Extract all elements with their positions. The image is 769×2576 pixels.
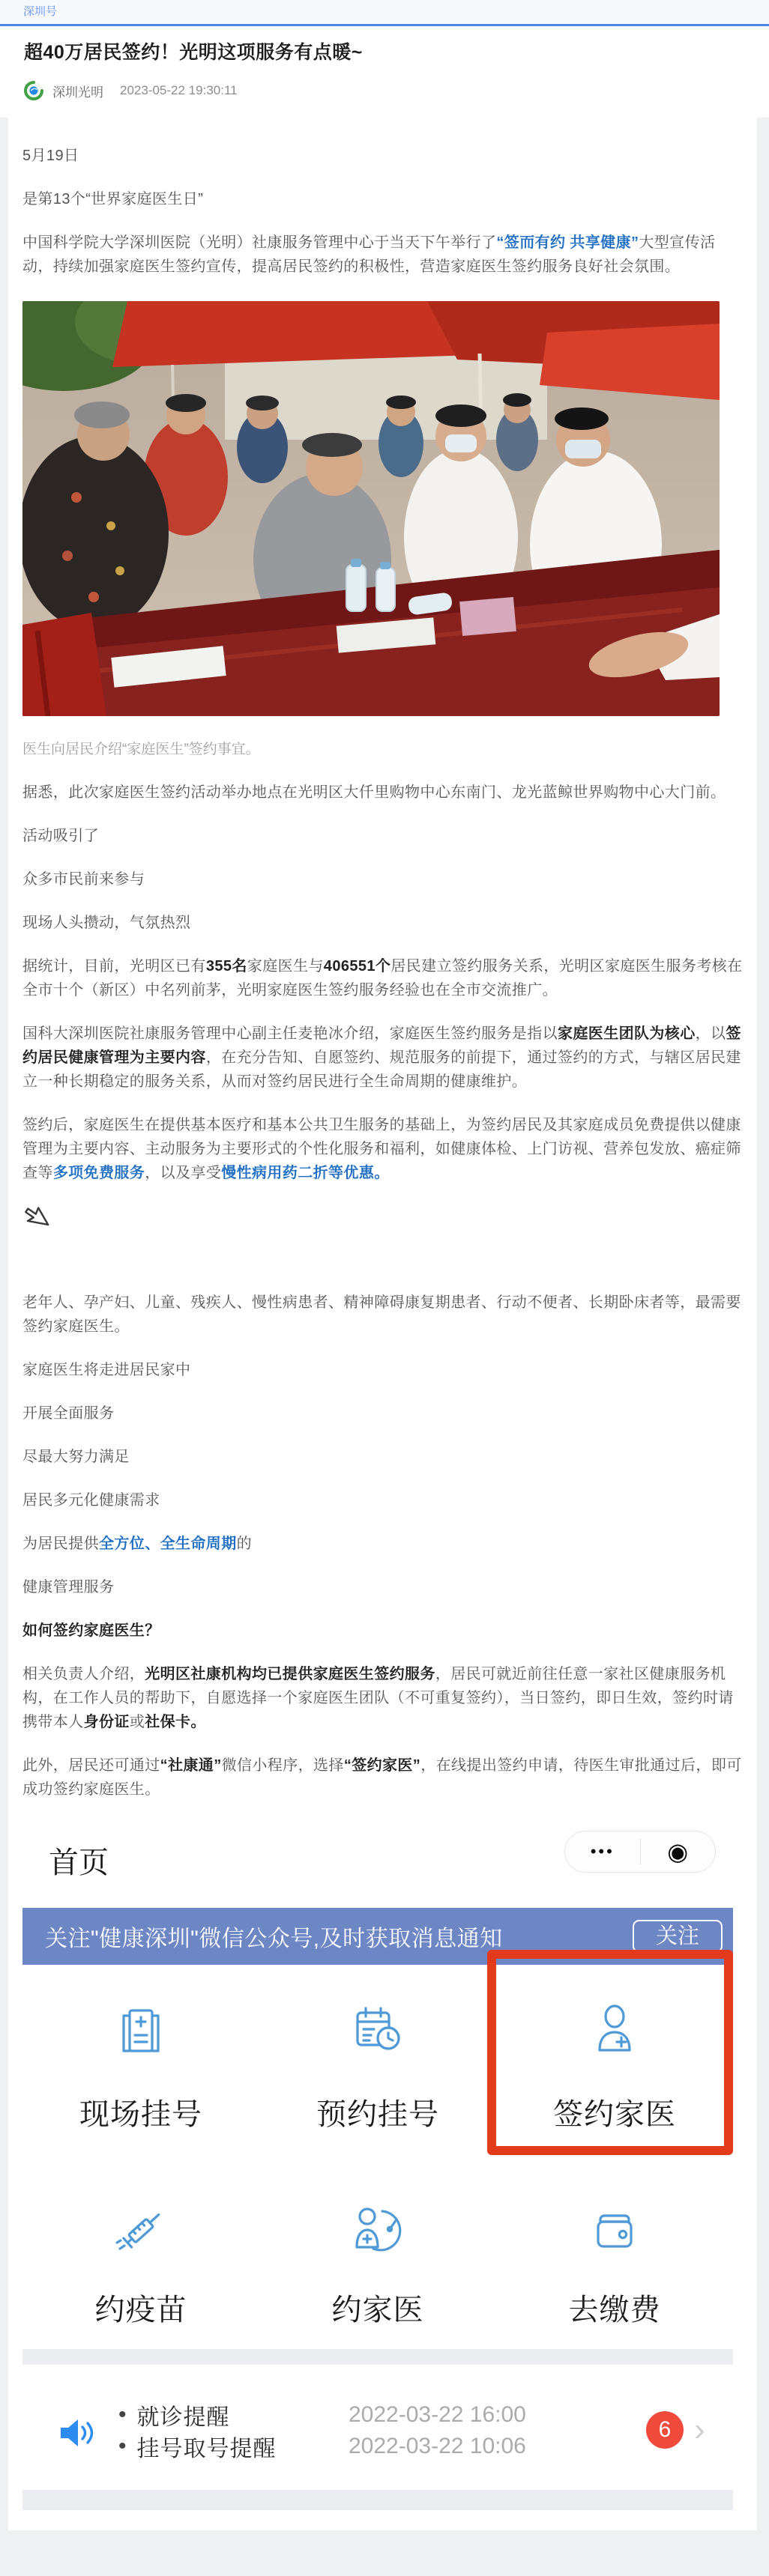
vaccine-icon bbox=[22, 2199, 259, 2268]
section-divider bbox=[22, 2349, 733, 2365]
grid-label: 去缴费 bbox=[496, 2286, 733, 2329]
article-paragraph: 国科大深圳医院社康服务管理中心副主任麦艳冰介绍，家庭医生签约服务是指以家庭医生团… bbox=[22, 1022, 743, 1094]
section-divider bbox=[22, 2490, 733, 2510]
notification-time: 2022-03-22 16:00 bbox=[349, 2399, 526, 2431]
publish-timestamp: 2023-05-22 19:30:11 bbox=[120, 83, 238, 98]
family-doctor-booking-icon bbox=[259, 2199, 496, 2268]
notification-time: 2022-03-22 10:06 bbox=[349, 2431, 526, 2462]
grid-label: 预约挂号 bbox=[259, 2091, 496, 2133]
publisher-name[interactable]: 深圳光明 bbox=[52, 82, 103, 100]
article-photo bbox=[22, 301, 720, 716]
grid-label: 现场挂号 bbox=[22, 2091, 259, 2133]
article-paragraph: 此外，居民还可通过“社康通”微信小程序，选择“签约家医”，在线提出签约申请，待医… bbox=[22, 1754, 743, 1801]
article-body: 5月19日是第13个“世界家庭医生日”中国科学院大学深圳医院（光明）社康服务管理… bbox=[22, 144, 743, 1801]
article-paragraph: 是第13个“世界家庭医生日” bbox=[22, 187, 743, 211]
follow-banner-text: 关注"健康深圳"微信公众号,及时获取消息通知 bbox=[45, 1920, 503, 1953]
article-header: 超40万居民签约！光明这项服务有点暖~ 深圳光明 2023-05-22 19:3… bbox=[0, 26, 769, 118]
article-paragraph: 开展全面服务 bbox=[22, 1401, 743, 1425]
article-paragraph: 尽最大努力满足 bbox=[22, 1445, 743, 1469]
appointment-registration-icon bbox=[259, 2001, 496, 2067]
channel-tab[interactable]: 深圳号 bbox=[23, 5, 57, 18]
highlight-box bbox=[487, 1950, 733, 2155]
notification-label: 就诊提醒 bbox=[137, 2398, 230, 2431]
grid-item-appointment-registration[interactable]: 预约挂号 bbox=[259, 2001, 496, 2133]
chevron-right-icon: › bbox=[694, 2413, 705, 2447]
grid-item-payment[interactable]: 去缴费 bbox=[496, 2199, 733, 2329]
grid-item-vaccine[interactable]: 约疫苗 bbox=[22, 2199, 259, 2329]
article-paragraph: 众多市民前来参与 bbox=[22, 867, 743, 891]
article-paragraph: 健康管理服务 bbox=[22, 1575, 743, 1599]
article-title: 超40万居民签约！光明这项服务有点暖~ bbox=[24, 41, 745, 64]
miniapp-nav-title: 首页 bbox=[49, 1839, 109, 1882]
article-paragraph: 相关负责人介绍，光明区社康机构均已提供家庭医生签约服务，居民可就近前往任意一家社… bbox=[22, 1662, 743, 1734]
notification-row[interactable]: • 就诊提醒 bbox=[118, 2399, 230, 2431]
wechat-capsule[interactable]: ••• ◉ bbox=[564, 1831, 716, 1873]
article-paragraph: 5月19日 bbox=[22, 144, 743, 168]
top-channel-bar: 深圳号 bbox=[0, 0, 769, 26]
article-paragraph: 现场人头攒动，气氛热烈 bbox=[22, 911, 743, 935]
author-row: 深圳光明 2023-05-22 19:30:11 bbox=[24, 81, 745, 100]
grid-label: 约疫苗 bbox=[22, 2286, 259, 2329]
grid-label: 约家医 bbox=[259, 2286, 496, 2329]
article-paragraph: 中国科学院大学深圳医院（光明）社康服务管理中心于当天下午举行了“签而有约 共享健… bbox=[22, 231, 743, 279]
unread-badge: 6 bbox=[646, 2411, 684, 2449]
cursor-arrow-icon bbox=[22, 1204, 743, 1238]
article-paragraph: 为居民提供全方位、全生命周期的 bbox=[22, 1532, 743, 1556]
publisher-logo-icon[interactable] bbox=[24, 81, 43, 100]
article-card: 5月19日是第13个“世界家庭医生日”中国科学院大学深圳医院（光明）社康服务管理… bbox=[8, 118, 757, 2530]
article-paragraph: 活动吸引了 bbox=[22, 824, 743, 848]
article-paragraph: 老年人、孕产妇、儿童、残疾人、慢性病患者、精神障碍康复期患者、行动不便者、长期卧… bbox=[22, 1291, 743, 1339]
photo-caption: 医生向居民介绍“家庭医生”签约事宜。 bbox=[22, 739, 743, 761]
grid-item-family-doctor-booking[interactable]: 约家医 bbox=[259, 2199, 496, 2329]
announcement-speaker-icon bbox=[58, 2416, 95, 2449]
onsite-registration-icon bbox=[22, 2001, 259, 2067]
article-paragraph: 据统计，目前，光明区已有355名家庭医生与406551个居民建立签约服务关系，光… bbox=[22, 954, 743, 1002]
miniapp-screenshot: 首页 ••• ◉ 关注"健康深圳"微信公众号,及时获取消息通知 关注 bbox=[22, 1821, 733, 2530]
grid-item-onsite-registration[interactable]: 现场挂号 bbox=[22, 2001, 259, 2133]
payment-icon bbox=[496, 2199, 733, 2268]
article-paragraph: 如何签约家庭医生？ bbox=[22, 1619, 743, 1643]
article-paragraph: 据悉，此次家庭医生签约活动举办地点在光明区大仟里购物中心东南门、龙光蓝鲸世界购物… bbox=[22, 781, 743, 804]
notification-row[interactable]: • 挂号取号提醒 bbox=[118, 2431, 277, 2462]
page: 深圳号 超40万居民签约！光明这项服务有点暖~ 深圳光明 2023-05-22 … bbox=[0, 0, 769, 2576]
article-paragraph: 签约后，家庭医生在提供基本医疗和基本公共卫生服务的基础上，为签约居民及其家庭成员… bbox=[22, 1113, 743, 1185]
article-paragraph: 居民多元化健康需求 bbox=[22, 1488, 743, 1512]
more-icon[interactable]: ••• bbox=[565, 1842, 640, 1861]
bullet-icon: • bbox=[118, 2402, 127, 2428]
notification-label: 挂号取号提醒 bbox=[137, 2430, 277, 2463]
bullet-icon: • bbox=[118, 2434, 127, 2459]
article-paragraph: 家庭医生将走进居民家中 bbox=[22, 1358, 743, 1382]
capsule-target-icon[interactable]: ◉ bbox=[641, 1840, 716, 1864]
follow-button[interactable]: 关注 bbox=[633, 1920, 723, 1953]
